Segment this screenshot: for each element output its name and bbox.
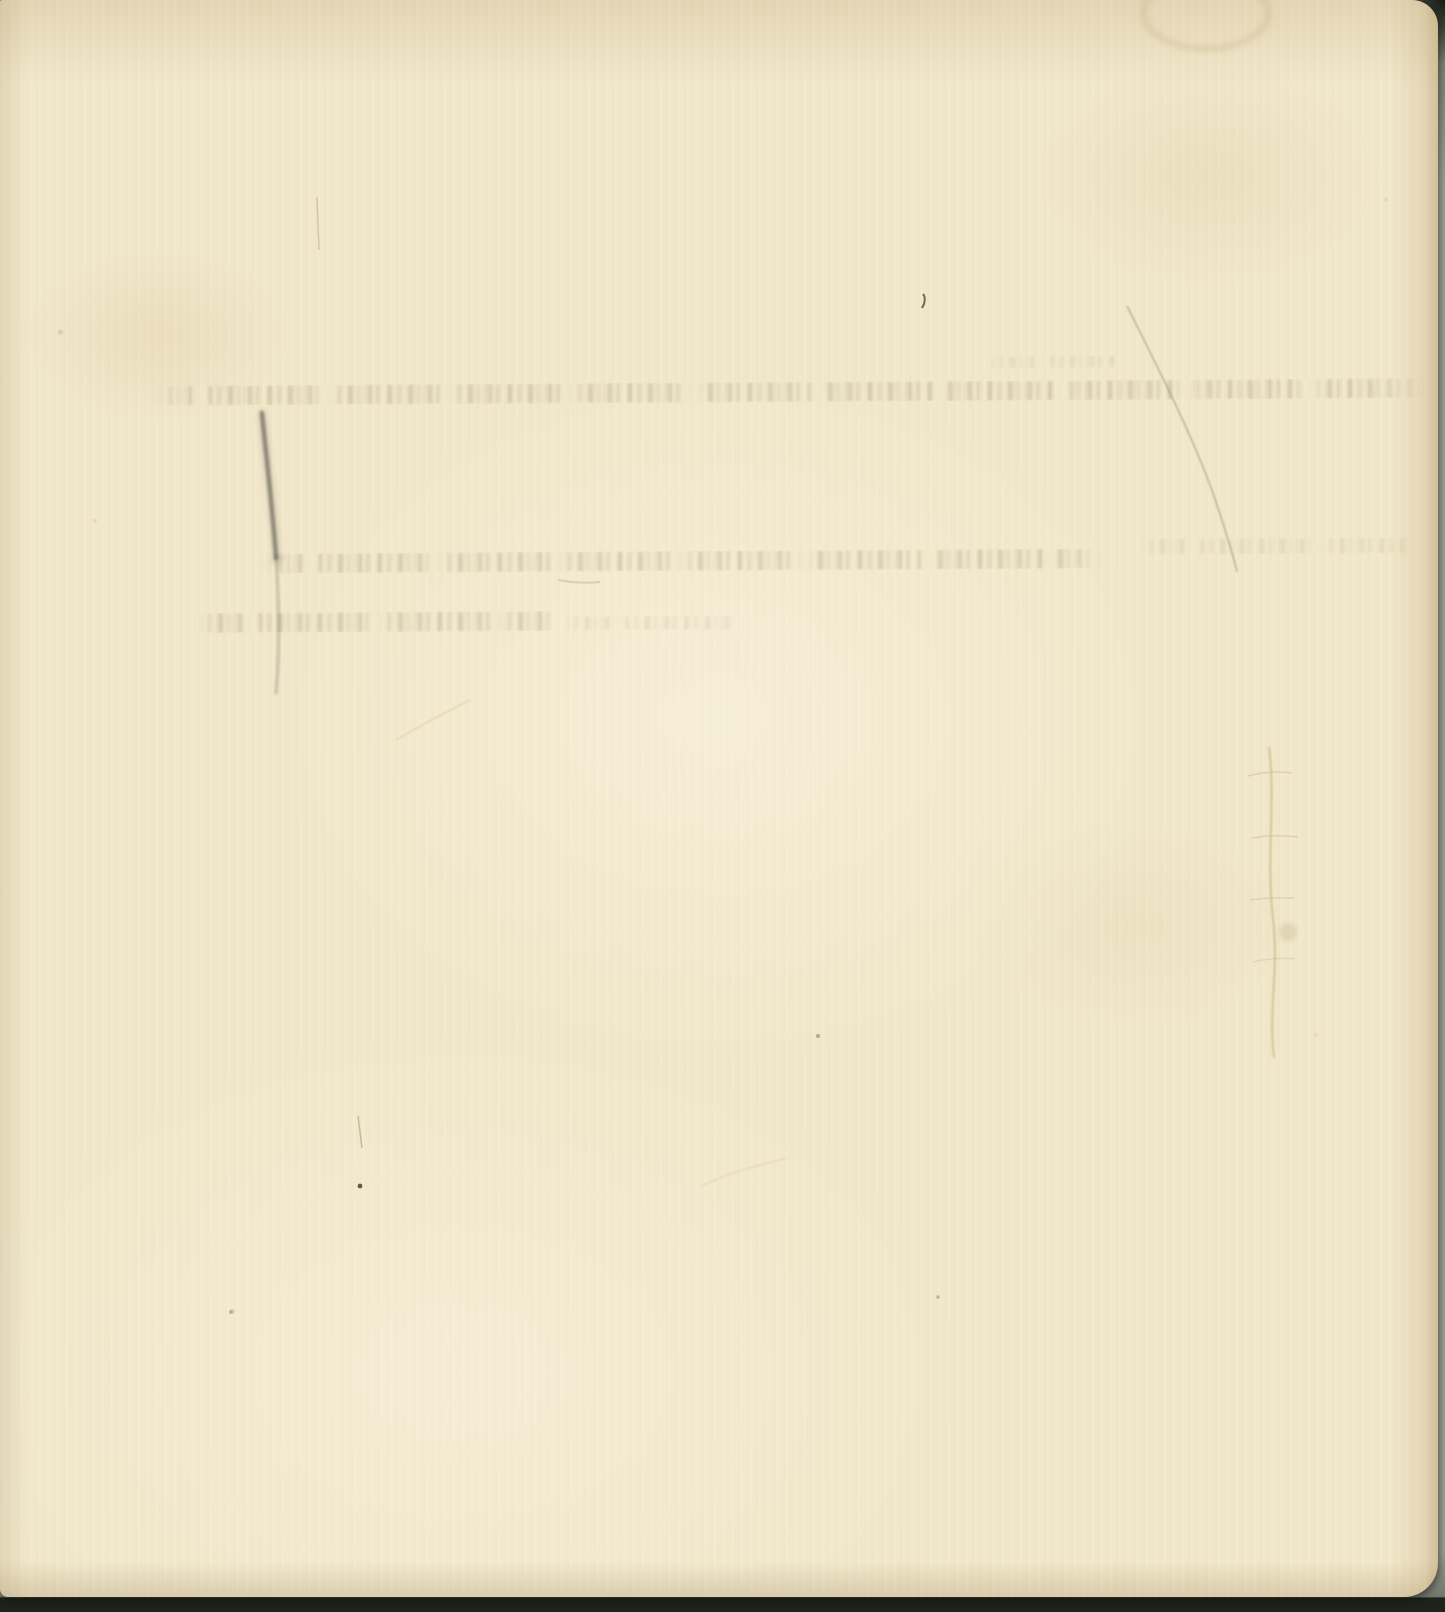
ghost-text-fragment-lower-right — [565, 615, 735, 630]
ghost-text-fragment-middle-right — [1140, 537, 1410, 555]
ring-stain — [1140, 0, 1272, 52]
scanned-blank-page — [0, 0, 1438, 1597]
ghost-text-band-upper — [148, 378, 1430, 406]
ghost-text-band-lower — [198, 611, 558, 633]
ghost-text-fragment-upper-right — [990, 356, 1120, 369]
ghost-text-band-middle — [258, 548, 1103, 573]
scanner-shadow-band — [0, 1597, 1445, 1612]
